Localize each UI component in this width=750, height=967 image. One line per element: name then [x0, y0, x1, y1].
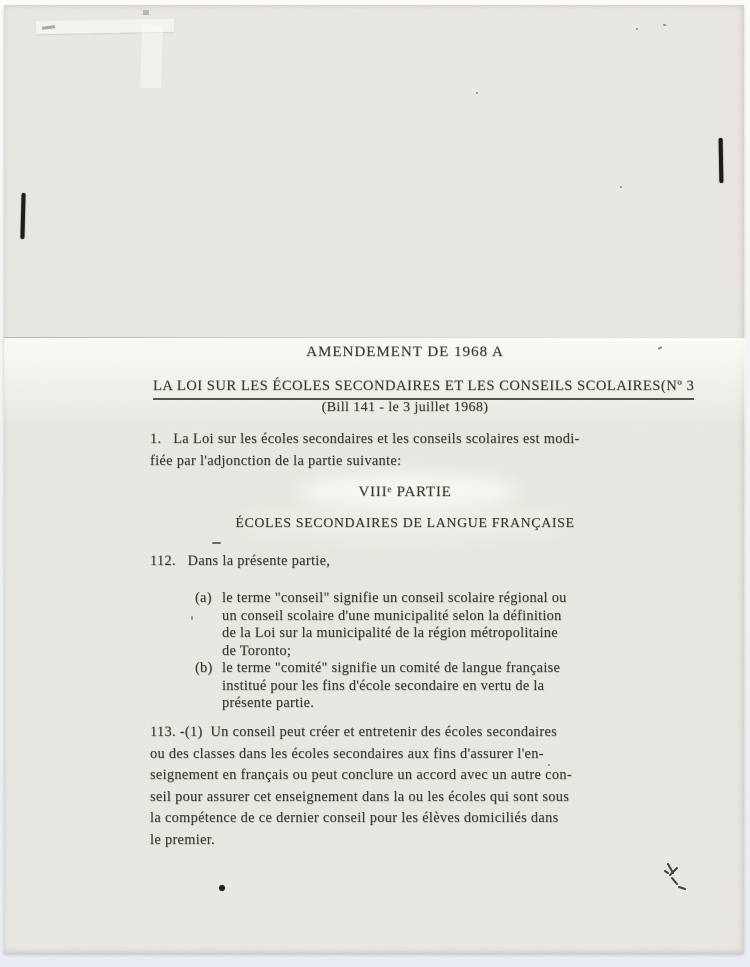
text-line: le premier.	[150, 830, 572, 852]
text-line: un conseil scolaire d'une municipalité s…	[222, 608, 567, 626]
section-113-paragraph: 113. -(1) Un conseil peut créer et entre…	[150, 722, 572, 852]
section-1-paragraph: 1. La Loi sur les écoles secondaires et …	[150, 429, 580, 472]
paper-speck	[636, 28, 638, 30]
pen-scribble	[653, 858, 695, 900]
text-line: institué pour les fins d'école secondair…	[222, 678, 560, 696]
text-line: présente partie.	[222, 695, 560, 713]
scanned-document: AMENDEMENT DE 1968 A LA LOI SUR LES ÉCOL…	[0, 0, 750, 967]
text-line: la compétence de ce dernier conseil pour…	[150, 808, 572, 830]
definition-item-b: (b) le terme "comité" signifie un comité…	[222, 660, 560, 713]
stray-dash-mark	[212, 542, 221, 544]
staple-mark-right	[719, 138, 724, 183]
paper-speck	[620, 186, 622, 188]
paper-speck	[476, 92, 478, 94]
item-marker-b: (b)	[195, 660, 213, 678]
paper-speck	[663, 24, 666, 26]
stray-ink-mark	[191, 616, 193, 620]
text-line: 113. -(1) Un conseil peut créer et entre…	[150, 722, 572, 744]
definition-item-a: (a) le terme "conseil" signifie un conse…	[222, 590, 567, 661]
section-112-line: 112. Dans la présente partie,	[150, 553, 330, 570]
tape-residue-2	[140, 26, 163, 89]
amendment-heading: AMENDEMENT DE 1968 A	[150, 344, 660, 361]
text-line: ou des classes dans les écoles secondair…	[150, 744, 572, 766]
text-line: seignement en français ou peut conclure …	[150, 765, 572, 787]
text-line: de la Loi sur la municipalité de la régi…	[222, 625, 567, 643]
tape-smudge-mark-2	[143, 10, 149, 15]
text-line: 1. La Loi sur les écoles secondaires et …	[150, 429, 580, 451]
ink-dot	[219, 885, 225, 891]
bill-reference: (Bill 141 - le 3 juillet 1968)	[150, 400, 660, 416]
page-fold-line	[4, 337, 746, 338]
text-line: de Toronto;	[222, 643, 567, 661]
text-line: seil pour assurer cet enseignement dans …	[150, 787, 572, 809]
act-title: LA LOI SUR LES ÉCOLES SECONDAIRES ET LES…	[153, 378, 694, 400]
text-line: le terme "conseil" signifie un conseil s…	[222, 590, 567, 608]
item-marker-a: (a)	[195, 590, 212, 608]
part-heading: VIIIᵉ PARTIE	[150, 484, 660, 501]
text-line: fiée par l'adjonction de la partie suiva…	[150, 451, 580, 473]
part-subheading: ÉCOLES SECONDAIRES DE LANGUE FRANÇAISE	[150, 515, 660, 531]
text-line: le terme "comité" signifie un comité de …	[222, 660, 560, 678]
